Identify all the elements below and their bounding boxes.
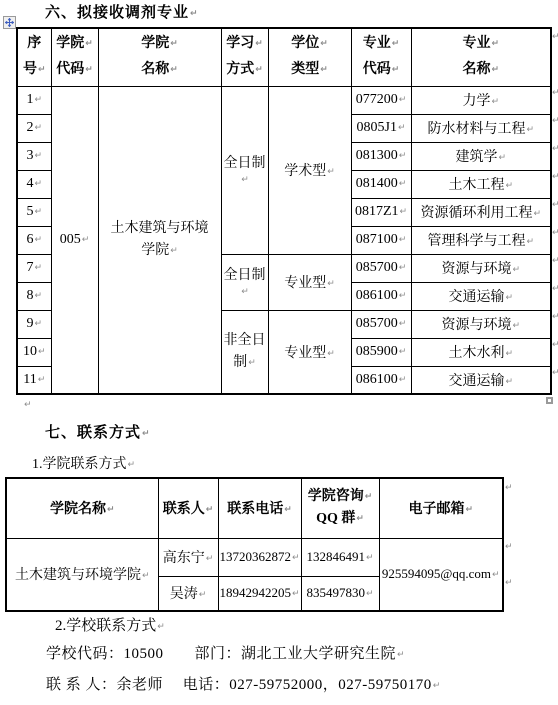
header-college-name: 学院名称↵: [6, 478, 158, 538]
major-code-cell: 0805J1↵: [351, 114, 411, 142]
college-name-cell: 土木建筑与环境学院↵: [98, 86, 221, 394]
seq-cell: 1↵: [17, 86, 51, 114]
row-end-mark: ↵: [552, 312, 558, 322]
row-end-mark: ↵: [552, 368, 558, 378]
contact-table-header-row: 学院名称↵ 联系人↵ 联系电话↵ 学院咨询↵QQ 群↵ 电子邮箱↵: [6, 478, 503, 538]
header-college-name: 学院↵名称↵: [98, 28, 221, 86]
row-end-mark: ↵: [505, 542, 513, 552]
school-person-line: 联 系 人：余老师 电话：027-59752000，027-59750170↵: [46, 673, 441, 694]
major-code-cell: 085900↵: [351, 338, 411, 366]
header-contact-phone: 联系电话↵: [218, 478, 301, 538]
row-end-mark: ↵: [552, 88, 558, 98]
header-seq: 序号↵: [17, 28, 51, 86]
major-code-cell: 081300↵: [351, 142, 411, 170]
study-mode-cell: 全日制↵: [221, 86, 268, 254]
major-code-cell: 085700↵: [351, 310, 411, 338]
paragraph-mark: ↵: [157, 622, 165, 632]
seq-cell: 8↵: [17, 282, 51, 310]
major-code-cell: 086100↵: [351, 366, 411, 394]
major-code-cell: 085700↵: [351, 254, 411, 282]
row-end-mark: ↵: [552, 144, 558, 154]
degree-type-cell: 专业型↵: [268, 254, 351, 310]
row-end-mark: ↵: [505, 578, 513, 588]
degree-type-cell: 学术型↵: [268, 86, 351, 254]
seq-cell: 10↵: [17, 338, 51, 366]
row-end-mark: ↵: [505, 483, 513, 493]
header-college-code: 学院↵代码↵: [51, 28, 98, 86]
header-study-mode: 学习↵方式↵: [221, 28, 268, 86]
major-name-cell: 防水材料与工程↵: [411, 114, 551, 142]
school-person-text: 联 系 人：余老师 电话：027-59752000，027-59750170: [46, 677, 432, 693]
study-mode-cell: 非全日制↵: [221, 310, 268, 394]
major-name-cell: 交通运输↵: [411, 282, 551, 310]
section-heading-contact: 七、联系方式↵: [45, 421, 151, 442]
study-mode-cell: 全日制↵: [221, 254, 268, 310]
paragraph-mark: ↵: [190, 9, 199, 19]
contact-person-cell: 吴涛↵: [158, 576, 218, 611]
contact-phone-cell: 13720362872↵: [218, 538, 301, 576]
row-end-mark: ↵: [552, 284, 558, 294]
major-code-cell: 077200↵: [351, 86, 411, 114]
email-cell: 925594095@qq.com↵: [379, 538, 503, 611]
row-end-mark: ↵: [552, 172, 558, 182]
row-end-mark: ↵: [552, 32, 558, 42]
seq-cell: 7↵: [17, 254, 51, 282]
paragraph-mark: ↵: [433, 681, 441, 691]
major-name-cell: 土木水利↵: [411, 338, 551, 366]
header-qq-group: 学院咨询↵QQ 群↵: [301, 478, 379, 538]
table-resize-handle[interactable]: [546, 397, 553, 404]
seq-cell: 9↵: [17, 310, 51, 338]
major-name-cell: 资源循环利用工程↵: [411, 198, 551, 226]
seq-cell: 5↵: [17, 198, 51, 226]
seq-cell: 4↵: [17, 170, 51, 198]
qq-group-cell: 835497830↵: [301, 576, 379, 611]
table-row: 土木建筑与环境学院↵ 高东宁↵ 13720362872↵ 132846491↵ …: [6, 538, 503, 576]
school-code-text: 学校代码：10500 部门：湖北工业大学研究生院: [46, 646, 396, 662]
school-code-line: 学校代码：10500 部门：湖北工业大学研究生院↵: [46, 642, 405, 663]
row-end-mark: ↵: [552, 256, 558, 266]
college-name-cell: 土木建筑与环境学院↵: [6, 538, 158, 611]
row-end-mark: ↵: [552, 228, 558, 238]
major-name-cell: 交通运输↵: [411, 366, 551, 394]
seq-cell: 6↵: [17, 226, 51, 254]
paragraph-mark: ↵: [142, 429, 151, 439]
college-code-cell: 005↵: [51, 86, 98, 394]
major-name-cell: 管理科学与工程↵: [411, 226, 551, 254]
major-code-cell: 0817Z1↵: [351, 198, 411, 226]
row-end-mark: ↵: [552, 340, 558, 350]
section-heading-transfer: 六、拟接收调剂专业↵: [45, 1, 199, 22]
qq-group-cell: 132846491↵: [301, 538, 379, 576]
section-heading-transfer-text: 六、拟接收调剂专业: [45, 5, 189, 21]
seq-cell: 3↵: [17, 142, 51, 170]
header-contact-person: 联系人↵: [158, 478, 218, 538]
empty-paragraph-mark: ↵: [24, 400, 32, 410]
section-heading-contact-text: 七、联系方式: [45, 425, 141, 441]
contact-person-cell: 高东宁↵: [158, 538, 218, 576]
header-major-name: 专业↵名称↵: [411, 28, 551, 86]
transfer-majors-table: 序号↵ 学院↵代码↵ 学院↵名称↵ 学习↵方式↵ 学位↵类型↵ 专业↵代码↵ 专…: [16, 27, 552, 395]
major-code-cell: 081400↵: [351, 170, 411, 198]
major-name-cell: 资源与环境↵: [411, 310, 551, 338]
table-row: 1↵ 005↵ 土木建筑与环境学院↵ 全日制↵ 学术型↵ 077200↵ 力学↵: [17, 86, 551, 114]
college-contact-table: 学院名称↵ 联系人↵ 联系电话↵ 学院咨询↵QQ 群↵ 电子邮箱↵ 土木建筑与环…: [5, 477, 504, 612]
header-degree-type: 学位↵类型↵: [268, 28, 351, 86]
paragraph-mark: ↵: [397, 650, 405, 660]
document-page: 六、拟接收调剂专业↵ 序号↵ 学院↵代码↵ 学院↵名称↵ 学习↵方式↵ 学位↵类…: [0, 0, 558, 705]
degree-type-cell: 专业型↵: [268, 310, 351, 394]
major-name-cell: 力学↵: [411, 86, 551, 114]
row-end-mark: ↵: [552, 116, 558, 126]
header-major-code: 专业↵代码↵: [351, 28, 411, 86]
transfer-table-header-row: 序号↵ 学院↵代码↵ 学院↵名称↵ 学习↵方式↵ 学位↵类型↵ 专业↵代码↵ 专…: [17, 28, 551, 86]
major-code-cell: 087100↵: [351, 226, 411, 254]
header-email: 电子邮箱↵: [379, 478, 503, 538]
subheading-college-contact: 1.学院联系方式↵: [32, 453, 135, 473]
seq-cell: 11↵: [17, 366, 51, 394]
major-name-cell: 建筑学↵: [411, 142, 551, 170]
major-name-cell: 资源与环境↵: [411, 254, 551, 282]
paragraph-mark: ↵: [128, 460, 136, 470]
four-arrows-icon: [5, 18, 14, 27]
subheading-school-contact: 2.学校联系方式↵: [55, 614, 165, 635]
contact-phone-cell: 18942942205↵: [218, 576, 301, 611]
major-code-cell: 086100↵: [351, 282, 411, 310]
subheading-college-contact-text: 1.学院联系方式: [32, 457, 127, 472]
major-name-cell: 土木工程↵: [411, 170, 551, 198]
table-move-handle-icon[interactable]: [3, 16, 16, 29]
row-end-mark: ↵: [552, 200, 558, 210]
seq-cell: 2↵: [17, 114, 51, 142]
subheading-school-contact-text: 2.学校联系方式: [55, 618, 156, 634]
